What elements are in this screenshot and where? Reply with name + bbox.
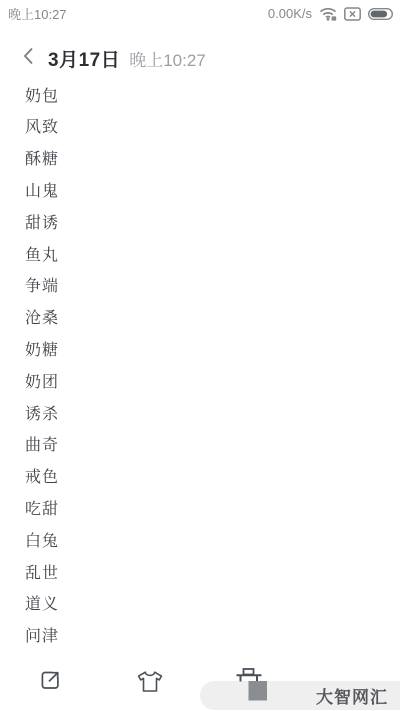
watermark-text: 大智网汇 <box>316 683 388 708</box>
list-item[interactable]: 争端 <box>25 271 375 303</box>
header: 3月17日 晚上10:27 <box>0 44 400 72</box>
list-item[interactable]: 戒色 <box>25 462 375 494</box>
wifi-icon <box>319 6 337 21</box>
watermark: 大智网汇 <box>200 681 400 710</box>
list-item[interactable]: 问津 <box>25 621 375 653</box>
network-speed: 0.00K/s <box>268 6 312 21</box>
page-title: 3月17日 <box>48 45 120 72</box>
list-item[interactable]: 沧桑 <box>25 303 375 335</box>
battery-icon <box>368 8 393 20</box>
list-item[interactable]: 白兔 <box>25 526 375 558</box>
sim-missing-icon <box>344 7 361 21</box>
list-item[interactable]: 酥糖 <box>25 144 375 176</box>
back-button[interactable] <box>16 44 40 72</box>
word-list: 奶包 风致 酥糖 山鬼 甜诱 鱼丸 争端 沧桑 奶糖 奶团 诱杀 曲奇 戒色 吃… <box>25 81 375 653</box>
chevron-left-icon <box>21 46 36 71</box>
list-item[interactable]: 奶团 <box>25 367 375 399</box>
tshirt-button[interactable] <box>135 669 165 695</box>
list-item[interactable]: 鱼丸 <box>25 240 375 272</box>
list-item[interactable]: 乱世 <box>25 558 375 590</box>
list-item[interactable]: 吃甜 <box>25 494 375 526</box>
list-item[interactable]: 奶糖 <box>25 335 375 367</box>
status-bar: 晚上10:27 0.00K/s <box>0 0 400 27</box>
list-item[interactable]: 道义 <box>25 589 375 621</box>
list-item[interactable]: 曲奇 <box>25 430 375 462</box>
list-item[interactable]: 甜诱 <box>25 208 375 240</box>
trash-button[interactable] <box>233 667 269 703</box>
list-item[interactable]: 诱杀 <box>25 399 375 431</box>
share-icon <box>37 667 63 693</box>
share-button[interactable] <box>37 667 63 693</box>
list-item[interactable]: 奶包 <box>25 81 375 113</box>
page-subtitle: 晚上10:27 <box>129 46 206 71</box>
trash-icon <box>233 667 269 703</box>
list-item[interactable]: 风致 <box>25 112 375 144</box>
tshirt-icon <box>135 669 165 695</box>
list-item[interactable]: 山鬼 <box>25 176 375 208</box>
status-time: 晚上10:27 <box>8 4 67 23</box>
